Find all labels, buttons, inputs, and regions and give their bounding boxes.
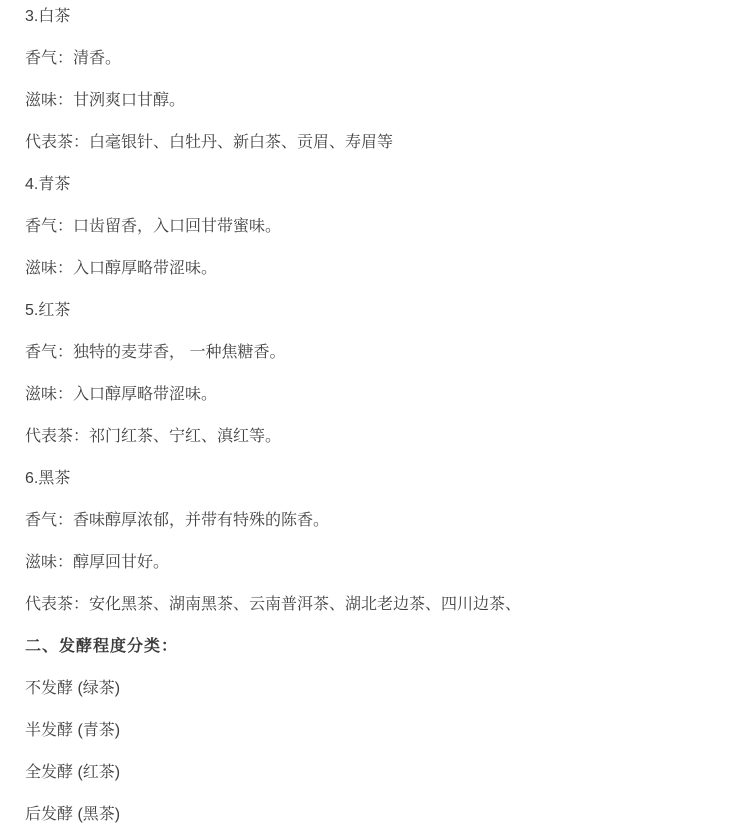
tea-article-page: 3.白茶 香气：清香。 滋味：甘洌爽口甘醇。 代表茶：白毫银针、白牡丹、新白茶、…	[0, 0, 755, 827]
tea-section-title-black: 5.红茶	[25, 299, 730, 323]
fermentation-item-post: 后发酵 (黑茶)	[25, 803, 730, 827]
white-tea-taste-line: 滋味：甘洌爽口甘醇。	[25, 89, 730, 113]
white-tea-representatives-line: 代表茶：白毫银针、白牡丹、新白茶、贡眉、寿眉等	[25, 131, 730, 155]
oolong-tea-taste-line: 滋味：入口醇厚略带涩味。	[25, 257, 730, 281]
tea-section-title-oolong: 4.青茶	[25, 173, 730, 197]
fermentation-item-half: 半发酵 (青茶)	[25, 719, 730, 743]
tea-section-title-dark: 6.黑茶	[25, 467, 730, 491]
fermentation-item-none: 不发酵 (绿茶)	[25, 677, 730, 701]
white-tea-aroma-line: 香气：清香。	[25, 47, 730, 71]
black-tea-taste-line: 滋味：入口醇厚略带涩味。	[25, 383, 730, 407]
dark-tea-representatives-line: 代表茶：安化黑茶、湖南黑茶、云南普洱茶、湖北老边茶、四川边茶、	[25, 593, 730, 617]
tea-section-title-white: 3.白茶	[25, 5, 730, 29]
dark-tea-taste-line: 滋味：醇厚回甘好。	[25, 551, 730, 575]
fermentation-section-heading: 二、发酵程度分类：	[25, 635, 730, 659]
black-tea-representatives-line: 代表茶：祁门红茶、宁红、滇红等。	[25, 425, 730, 449]
dark-tea-aroma-line: 香气：香味醇厚浓郁，并带有特殊的陈香。	[25, 509, 730, 533]
oolong-tea-aroma-line: 香气：口齿留香，入口回甘带蜜味。	[25, 215, 730, 239]
fermentation-item-full: 全发酵 (红茶)	[25, 761, 730, 785]
black-tea-aroma-line: 香气：独特的麦芽香， 一种焦糖香。	[25, 341, 730, 365]
